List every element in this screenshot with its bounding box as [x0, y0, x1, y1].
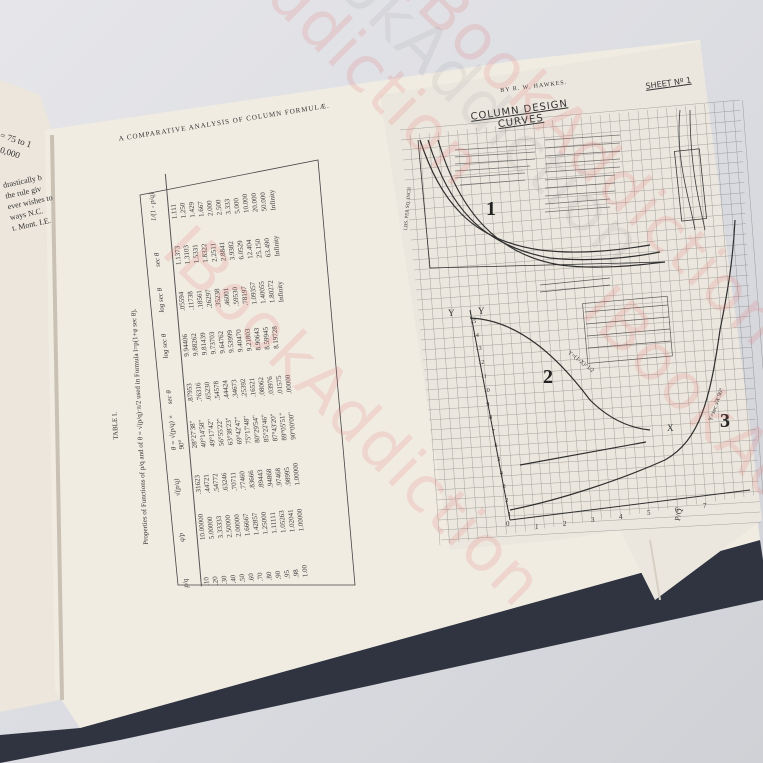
y-axis-label-inner: Y [478, 306, 485, 316]
y-tick: 4 [500, 471, 503, 477]
y-tick: 7 [492, 429, 495, 435]
x-tick: 6 [675, 506, 679, 514]
origin-label: 0 [506, 520, 510, 528]
book-scene [0, 0, 763, 763]
y-axis-label: Y [448, 308, 455, 318]
y-tick: 1 [508, 512, 511, 518]
table-header-cell: p/q [178, 540, 202, 588]
y-tick: 15 [470, 319, 476, 325]
table-header-cell: √(p/q) [170, 449, 194, 497]
y-tick: 2 [505, 498, 508, 504]
x-tick: 2 [563, 520, 567, 528]
y-tick: 12 [478, 360, 484, 366]
table-title: TABLE I. [111, 412, 120, 440]
y-tick: 9 [486, 402, 489, 408]
x-tick: 7 [703, 502, 707, 510]
curve-label-3: 3 [720, 410, 730, 433]
y-tick: 14 [473, 333, 479, 339]
y-tick: 5 [497, 457, 500, 463]
curve-label-1: 1 [486, 198, 496, 221]
table-header-cell: 1/(1 - p/q) [146, 174, 170, 222]
table-header-cell: q/p [174, 495, 198, 543]
table-header-cell: sec θ [162, 357, 186, 405]
x-axis-label: X [667, 423, 674, 433]
y-tick: 3 [503, 484, 506, 490]
y-tick: 6 [495, 443, 498, 449]
y-tick: 8 [489, 415, 492, 421]
properties-table: p/qq/p√(p/q)θ = √(p/q) × 90°sec θlog sec… [145, 154, 361, 588]
curve-label-2: 2 [543, 366, 553, 389]
table-header-cell: log sec θ [158, 311, 182, 359]
y-tick: 13 [476, 346, 482, 352]
x-tick: 5 [647, 509, 651, 517]
table-header-cell: sec θ [150, 220, 174, 268]
y-tick: 11 [481, 374, 487, 380]
x-tick: 4 [619, 513, 623, 521]
table-header-cell: log sec θ [154, 265, 178, 313]
y-tick: 10 [484, 388, 490, 394]
x-tick: 3 [591, 516, 595, 524]
x-tick: 1 [535, 523, 539, 531]
table-header-cell: θ = √(p/q) × 90° [166, 403, 190, 451]
